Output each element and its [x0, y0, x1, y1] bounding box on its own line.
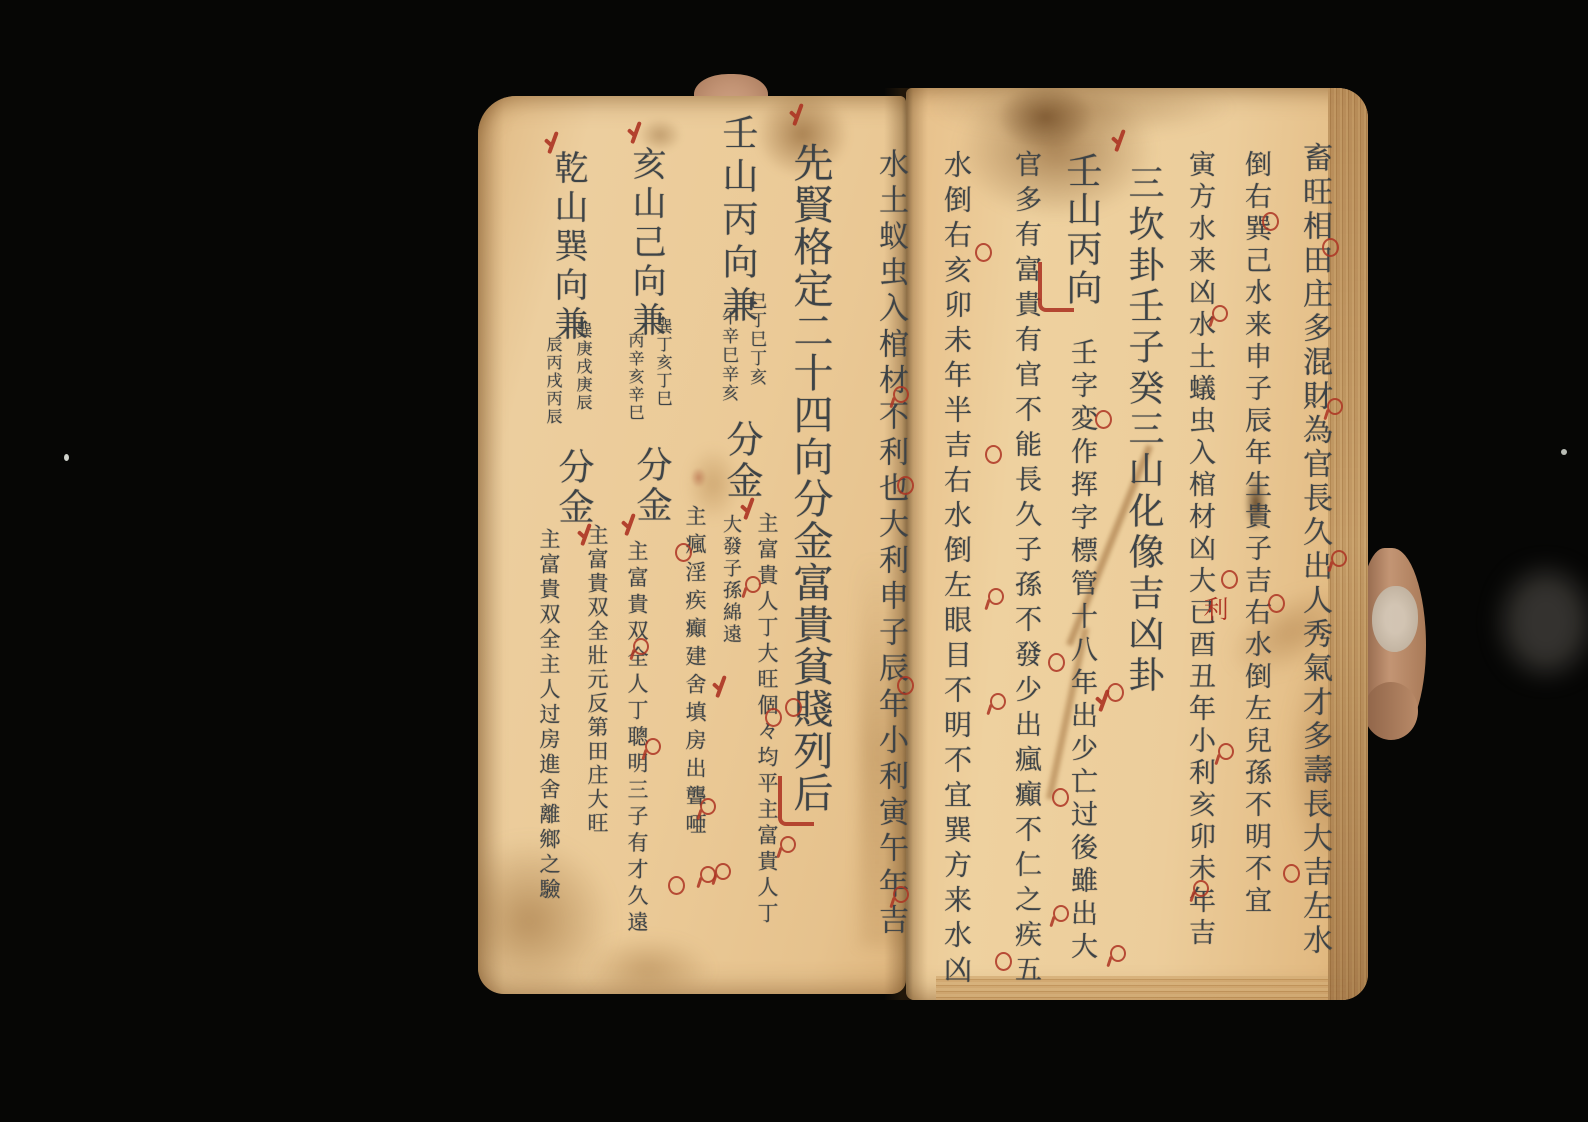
right-col-renshan-bingxiang-header: 壬山丙向	[1056, 152, 1107, 308]
section3-sub-left: 辰丙戌丙辰	[542, 336, 565, 426]
right-col-6: 官多有富貴有官不能長久子孫不發少出瘋癲不仁之疾五	[1006, 150, 1045, 990]
dust-speck	[64, 454, 69, 461]
manuscript-scan: 畜旺相田庄多混財為官長久出人秀氣才多壽長大吉左水 倒右巽己水来申子辰年生貴子吉右…	[0, 0, 1588, 1122]
stain	[691, 468, 706, 487]
left-col-1: 水土蚁虫入棺材不利也大利申子辰年小利寅午年吉	[868, 148, 912, 940]
right-col-7: 水倒右亥卯未年半吉右水倒左眼目不明不宜巽方来水凶	[936, 150, 976, 990]
left-heading: 先賢格定二十四向分金富貴貧賤列后	[782, 142, 839, 814]
finger-bandage	[1372, 586, 1418, 652]
right-col-renshan-body: 壬字変作挥字標管十八年出少亡过後雖出大	[1062, 338, 1101, 965]
stain	[926, 88, 1236, 138]
section1-note-1: 主富貴人丁大旺個々均平主富貴人丁	[752, 512, 782, 928]
section1-note-3: 主瘋淫疾癲建舍填房出聾唖	[680, 505, 710, 841]
section2-sub-left: 丙辛亥辛巳	[624, 332, 647, 422]
section2-note-1: 主富貴双全人丁聰明三子有才久遠	[622, 540, 652, 938]
section3-fenjin: 分金	[548, 448, 599, 528]
stain	[998, 88, 1093, 150]
page-bottom-edges	[936, 976, 1346, 1000]
finger-right-knuckle	[1364, 682, 1418, 740]
stain	[478, 96, 504, 994]
section2-sub-right: 巽丁亥丁巳	[652, 318, 675, 408]
section3-note-1: 主富貴双全壯元反第田庄大旺	[582, 524, 612, 836]
right-col-1: 畜旺相田庄多混財為官長久出人秀氣才多壽長大吉左水	[1292, 142, 1336, 958]
section3-mountain: 乾山巽向兼	[544, 150, 593, 345]
red-note-li: 利	[1196, 596, 1232, 621]
section2-mountain: 亥山己向兼	[622, 146, 671, 341]
section1-sub-right: 巳丁巳丁亥	[744, 292, 769, 387]
section2-fenjin: 分金	[626, 446, 677, 526]
section1-fenjin: 分金	[714, 420, 768, 502]
stain	[583, 936, 713, 994]
right-col-heading-kan-trigram: 三坎卦壬子癸三山化像吉凶卦	[1118, 164, 1169, 697]
right-col-2: 倒右巽己水来申子辰年生貴子吉右水倒左兒孫不明不宜	[1236, 150, 1275, 918]
section1-sub-left: 午辛巳辛亥	[716, 308, 741, 403]
section1-note-2: 大發子孫綿遠	[718, 514, 745, 646]
right-col-3: 寅方水来凶水土蟻虫入棺材凶大已酉丑年小利亥卯未年吉	[1180, 150, 1219, 950]
section3-sub-right: 巽庚戌庚辰	[572, 322, 595, 412]
scanner-smudge	[1504, 572, 1588, 672]
section3-note-2: 主富貴双全主人过房進舍離鄉之驗	[534, 528, 564, 903]
dust-speck	[1561, 449, 1567, 455]
